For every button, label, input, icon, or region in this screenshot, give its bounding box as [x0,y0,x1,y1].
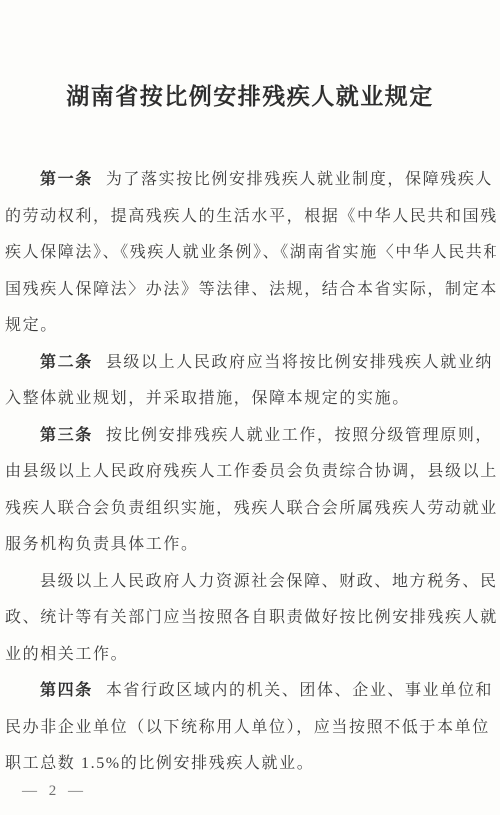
article-line: 规定。 [5,308,496,345]
article-line: 的劳动权利，提高残疾人的生活水平，根据《中华人民共和国残 [5,199,496,236]
article-3-first-line: 第三条按比例安排残疾人就业工作，按照分级管理原则， [5,418,496,455]
article-2-heading: 第二条 [40,354,93,371]
article-line: 县级以上人民政府人力资源社会保障、财政、地方税务、民 [40,573,496,590]
article-line: 由县级以上人民政府残疾人工作委员会负责综合协调，县级以上 [5,454,496,491]
article-4-heading: 第四条 [40,682,93,699]
article-line: 县级以上人民政府应当将按比例安排残疾人就业纳 [106,354,493,371]
article-line: 业的相关工作。 [5,637,496,674]
article-line: 疾人保障法》、《残疾人就业条例》、《湖南省实施〈中华人民共和 [5,235,496,272]
article-line: 为了落实按比例安排残疾人就业制度，保障残疾人 [106,171,493,188]
article-3-heading: 第三条 [40,427,93,444]
article-4-first-line: 第四条本省行政区域内的机关、团体、企业、事业单位和 [5,673,496,710]
article-line: 按比例安排残疾人就业工作，按照分级管理原则， [106,427,493,444]
article-line: 入整体就业规划，并采取措施，保障本规定的实施。 [5,381,496,418]
article-line: 职工总数 1.5%的比例安排残疾人就业。 [5,746,496,783]
page-title: 湖南省按比例安排残疾人就业规定 [0,82,500,112]
scanned-document-page: 湖南省按比例安排残疾人就业规定 第一条为了落实按比例安排残疾人就业制度，保障残疾… [0,0,500,815]
article-1-first-line: 第一条为了落实按比例安排残疾人就业制度，保障残疾人 [5,162,496,199]
document-body: 第一条为了落实按比例安排残疾人就业制度，保障残疾人 的劳动权利，提高残疾人的生活… [5,162,496,783]
article-line: 残疾人联合会负责组织实施，残疾人联合会所属残疾人劳动就业 [5,491,496,528]
article-line: 民办非企业单位（以下统称用人单位），应当按照不低于本单位 [5,710,496,747]
paragraph-first-line: 县级以上人民政府人力资源社会保障、财政、地方税务、民 [5,564,496,601]
article-line: 服务机构负责具体工作。 [5,527,496,564]
article-2-first-line: 第二条县级以上人民政府应当将按比例安排残疾人就业纳 [5,345,496,382]
article-line: 政、统计等有关部门应当按照各自职责做好按比例安排残疾人就 [5,600,496,637]
article-1-heading: 第一条 [40,171,93,188]
page-number-footer: — 2 — [22,781,87,801]
article-line: 本省行政区域内的机关、团体、企业、事业单位和 [106,682,493,699]
article-line: 国残疾人保障法〉办法》等法律、法规，结合本省实际，制定本 [5,272,496,309]
